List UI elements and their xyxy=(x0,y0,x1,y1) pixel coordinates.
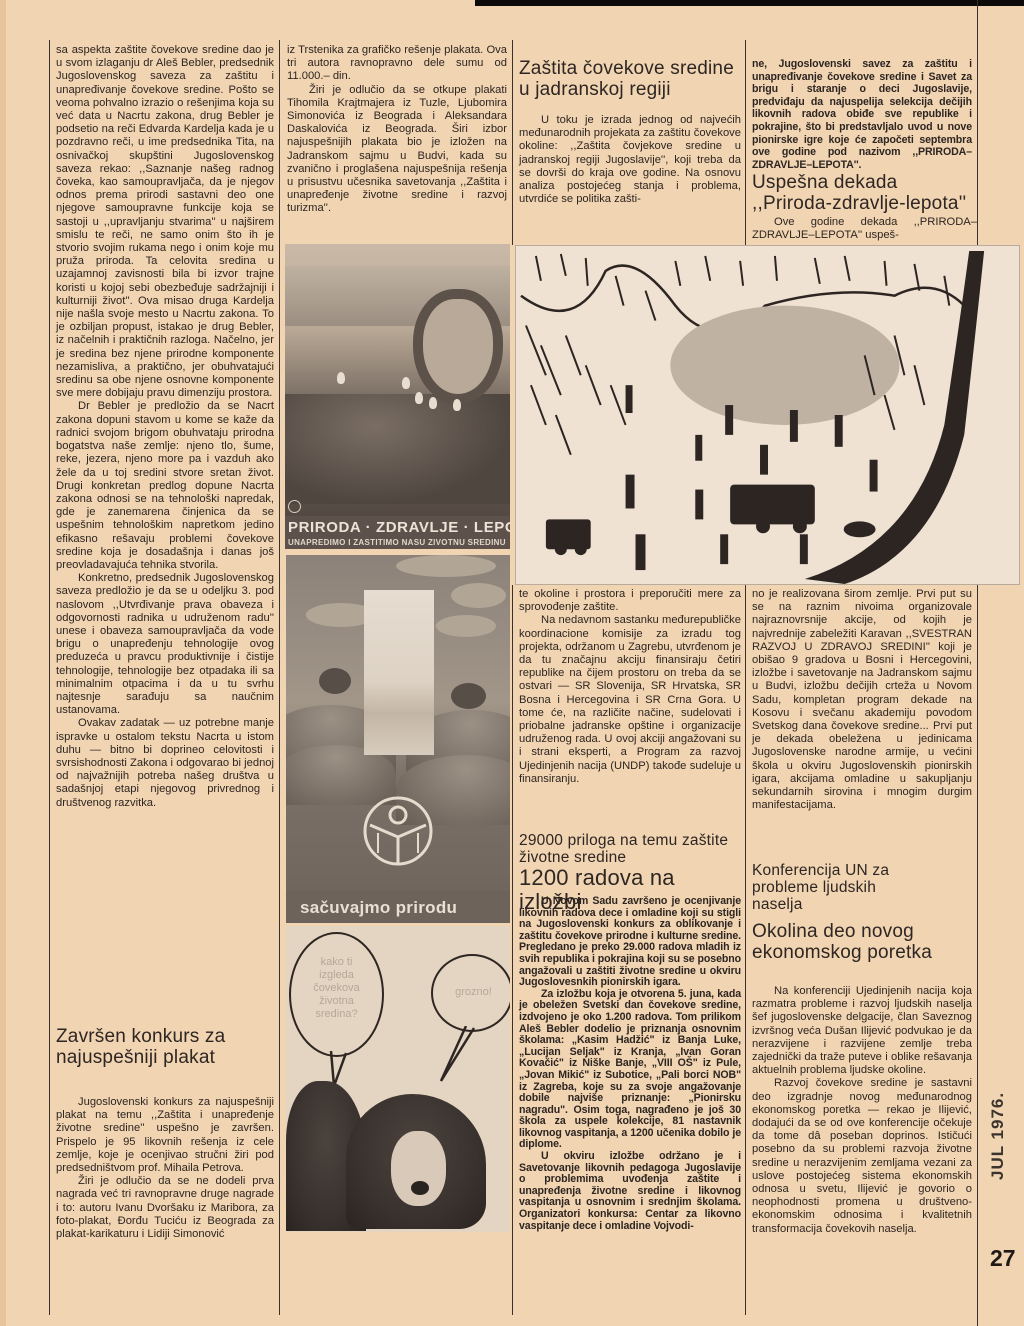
poster-priroda-zdravlje-lepota: PRIRODA · ZDRAVLJE · LEPOTA UNAPREDIMO I… xyxy=(285,244,510,549)
paragraph: sa aspekta zaštite čovekove sredine dao … xyxy=(56,44,274,400)
column-rule-3 xyxy=(745,40,746,245)
paragraph: Na konferenciji Ujedinjenih nacija koja … xyxy=(752,985,972,1077)
decade-article-continued: no je realizovana širom zemlje. Prvi put… xyxy=(752,588,972,812)
paragraph: no je realizovana širom zemlje. Prvi put… xyxy=(752,588,972,812)
paragraph: ne, Jugoslovenski savez za zaštitu i una… xyxy=(752,58,972,171)
un-conference-article: Konferencija UN za probleme ljudskih nas… xyxy=(752,862,972,1236)
issue-date: JUL 1976. xyxy=(988,1092,1008,1180)
un-conference-headline: Okolina deo novog ekonomskog poretka xyxy=(752,921,972,963)
scan-edge-left xyxy=(0,0,6,1326)
contest-headline: Završen konkurs za najuspešniji plakat xyxy=(56,1026,246,1068)
contest-article: Završen konkurs za najuspešniji plakat J… xyxy=(56,1026,274,1241)
poster-title: sačuvajmo prirodu xyxy=(300,898,457,918)
paragraph: Dr Bebler je predložio da se Nacrt zakon… xyxy=(56,400,274,572)
poster-title: PRIRODA · ZDRAVLJE · LEPOTA xyxy=(288,519,510,536)
environment-symbol-icon xyxy=(362,795,434,867)
scan-edge-bar xyxy=(475,0,1024,6)
magazine-page: sa aspekta zaštite čovekove sredine dao … xyxy=(0,0,1024,1326)
un-conference-kicker: Konferencija UN za probleme ljudskih nas… xyxy=(752,862,927,913)
adriatic-article: Zaštita čovekove sredine u jadranskoj re… xyxy=(519,58,741,206)
paragraph: te okoline i prostora i preporučiti mere… xyxy=(519,588,741,614)
paragraph: Na nedavnom sastanku međurepubličke koor… xyxy=(519,614,741,786)
drawing-illustration xyxy=(516,246,1019,584)
adriatic-headline: Zaštita čovekove sredine u jadranskoj re… xyxy=(519,58,741,100)
column-1-article: sa aspekta zaštite čovekove sredine dao … xyxy=(56,44,274,810)
paragraph: iz Trstenika za grafičko rešenje plakata… xyxy=(287,44,507,84)
column-rule-right xyxy=(977,0,978,1326)
paragraph: Ovakav zadatak — uz potrebne manje ispra… xyxy=(56,717,274,809)
paragraph: U okviru izložbe održano je i Savetovanj… xyxy=(519,1151,741,1232)
decade-headline: Uspešna dekada ,,Priroda-zdravlje-lepota… xyxy=(752,172,977,214)
column-2-article: iz Trstenika za grafičko rešenje plakata… xyxy=(287,44,507,216)
children-drawing xyxy=(515,245,1020,585)
speech-text-left: kako ti izgleda čovekova životna sredina… xyxy=(304,956,369,1021)
poster-sacuvajmo-prirodu: sačuvajmo prirodu xyxy=(286,555,510,923)
paragraph: Ove godine dekada ,,PRIRODA–ZDRAVLJE–LEP… xyxy=(752,216,977,242)
exhibition-kicker: 29000 priloga na temu zaštite životne sr… xyxy=(519,832,741,866)
paragraph: U Novom Sadu završeno je ocenjivanje lik… xyxy=(519,896,741,989)
poster-caricature-gorilla: kako ti izgleda čovekova životna sredina… xyxy=(286,926,510,1232)
column-rule-3b xyxy=(745,585,746,1315)
landscape-window xyxy=(364,590,434,755)
paragraph: Jugoslovenski konkurs za najuspešniji pl… xyxy=(56,1096,274,1175)
paragraph: Za izložbu koja je otvorena 5. juna, kad… xyxy=(519,989,741,1151)
paragraph: Konkretno, predsednik Jugoslovenskog sav… xyxy=(56,572,274,717)
child-face xyxy=(423,299,493,394)
column-rule-left xyxy=(49,40,50,1315)
paragraph: Razvoj čovekove sredine je sastavni deo … xyxy=(752,1077,972,1235)
decade-article: Uspešna dekada ,,Priroda-zdravlje-lepota… xyxy=(752,172,977,242)
exhibition-continuation: ne, Jugoslovenski savez za zaštitu i una… xyxy=(752,58,972,171)
adriatic-article-continued: te okoline i prostora i preporučiti mere… xyxy=(519,588,741,786)
column-rule-2 xyxy=(512,40,513,245)
exhibition-body: U Novom Sadu završeno je ocenjivanje lik… xyxy=(519,896,741,1232)
paragraph: U toku je izrada jednog od najvećih među… xyxy=(519,114,741,206)
paragraph: Žiri je odlučio da se ne dodeli prva nag… xyxy=(56,1175,274,1241)
environment-logo-icon xyxy=(288,500,301,513)
speech-text-right: grozno! xyxy=(446,986,501,999)
column-rule-2b xyxy=(512,585,513,1315)
page-number: 27 xyxy=(990,1245,1016,1272)
column-rule-1 xyxy=(279,40,280,1315)
poster-subtitle: UNAPREDIMO I ZASTITIMO NASU ZIVOTNU SRED… xyxy=(288,538,506,547)
paragraph: Žiri je odlučio da se otkupe plakati Tih… xyxy=(287,84,507,216)
